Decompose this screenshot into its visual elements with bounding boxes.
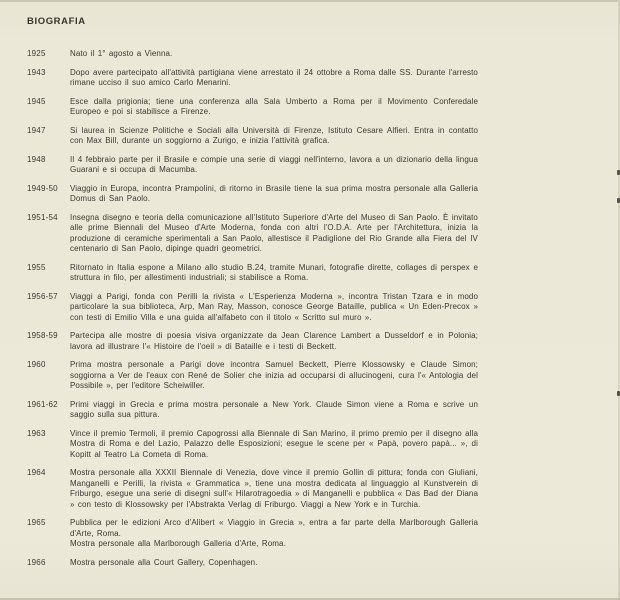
biography-entry: 1966 Mostra personale alla Court Gallery… (27, 558, 478, 569)
entry-text: Viaggio in Europa, incontra Prampolini, … (70, 184, 478, 205)
entry-year: 1958-59 (27, 331, 70, 342)
entry-text: Insegna disegno e teoria della comunicaz… (70, 213, 478, 255)
entry-text: Prima mostra personale a Parigi dove inc… (70, 360, 478, 392)
biography-entry: 1964 Mostra personale alla XXXII Biennal… (27, 468, 478, 510)
entry-text: Vince il premio Termoli, il premio Capog… (70, 429, 478, 461)
biography-entry: 1958-59 Partecipa alle mostre di poesia … (27, 331, 478, 352)
entry-text: Mostra personale alla XXXII Biennale di … (70, 468, 478, 510)
entry-year: 1966 (27, 558, 70, 569)
entry-year: 1948 (27, 155, 70, 166)
entry-year: 1943 (27, 68, 70, 79)
entry-text: Mostra personale alla Court Gallery, Cop… (70, 558, 478, 569)
biography-entry: 1925 Nato il 1° agosto a Vienna. (27, 49, 478, 60)
biography-entry: 1951-54 Insegna disegno e teoria della c… (27, 213, 478, 255)
biography-page: BIOGRAFIA 1925 Nato il 1° agosto a Vienn… (27, 17, 478, 576)
entry-year: 1949-50 (27, 184, 70, 195)
entry-text: Primi viaggi in Grecia e prima mostra pe… (70, 400, 478, 421)
entry-year: 1925 (27, 49, 70, 60)
biography-entry: 1948 Il 4 febbraio parte per il Brasile … (27, 155, 478, 176)
entry-text: Pubblica per le edizioni Arco d'Alibert … (70, 518, 478, 539)
biography-entry: 1949-50 Viaggio in Europa, incontra Pram… (27, 184, 478, 205)
biography-entry: 1943 Dopo avere partecipato all'attività… (27, 68, 478, 89)
entry-year: 1947 (27, 126, 70, 137)
entry-text: Ritornato in Italia espone a Milano allo… (70, 263, 478, 284)
entry-year: 1963 (27, 429, 70, 440)
entry-text: Nato il 1° agosto a Vienna. (70, 49, 478, 60)
entry-year: 1960 (27, 360, 70, 371)
biography-entry: 1965 Pubblica per le edizioni Arco d'Ali… (27, 518, 478, 550)
entry-year: 1945 (27, 97, 70, 108)
entry-text: Esce dalla prigionia; tiene una conferen… (70, 97, 478, 118)
biography-entry: 1955 Ritornato in Italia espone a Milano… (27, 263, 478, 284)
entry-year: 1964 (27, 468, 70, 479)
entry-year: 1965 (27, 518, 70, 529)
entry-text: Si laurea in Scienze Politiche e Sociali… (70, 126, 478, 147)
entry-year: 1955 (27, 263, 70, 274)
scan-edge-top (0, 0, 620, 2)
entry-year: 1951-54 (27, 213, 70, 224)
biography-entry: 1963 Vince il premio Termoli, il premio … (27, 429, 478, 461)
entry-year: 1956-57 (27, 292, 70, 303)
biography-entry: 1960 Prima mostra personale a Parigi dov… (27, 360, 478, 392)
biography-entry: 1956-57 Viaggi a Parigi, fonda con Peril… (27, 292, 478, 324)
page-title: BIOGRAFIA (27, 17, 478, 27)
biography-entry: 1961-62 Primi viaggi in Grecia e prima m… (27, 400, 478, 421)
entry-text: Viaggi a Parigi, fonda con Perilli la ri… (70, 292, 478, 324)
biography-entry: 1947 Si laurea in Scienze Politiche e So… (27, 126, 478, 147)
entry-text: Dopo avere partecipato all'attività part… (70, 68, 478, 89)
entry-year: 1961-62 (27, 400, 70, 411)
entry-text-secondary: Mostra personale alla Marlborough Galler… (70, 539, 478, 550)
biography-entry: 1945 Esce dalla prigionia; tiene una con… (27, 97, 478, 118)
entry-text: Il 4 febbraio parte per il Brasile e com… (70, 155, 478, 176)
entry-text: Partecipa alle mostre di poesia visiva o… (70, 331, 478, 352)
